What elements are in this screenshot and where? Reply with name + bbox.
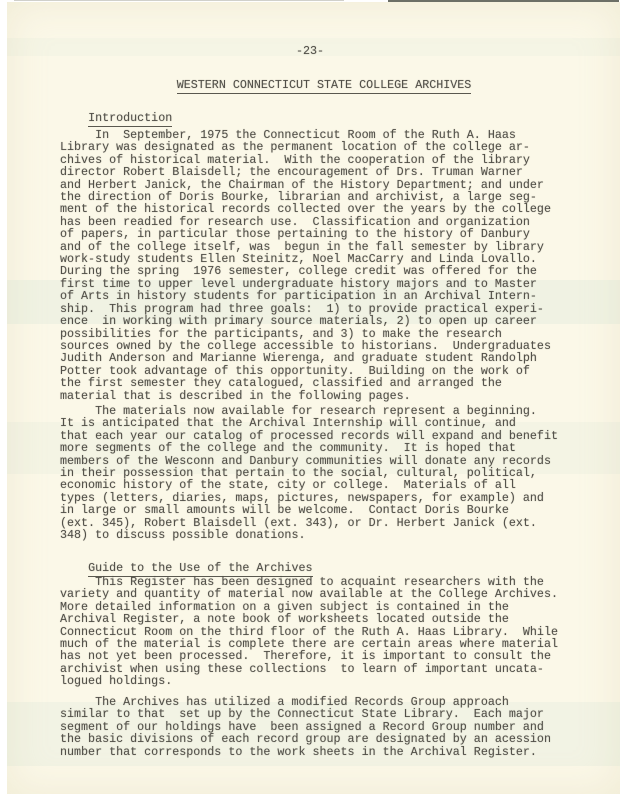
section-heading-introduction: Introduction [88,111,172,127]
paragraph-introduction-1: In September, 1975 the Connecticut Room … [60,129,551,402]
scan-artifact-top-edge [388,0,619,2]
page-number: -23- [0,45,620,57]
document-title: WESTERN CONNECTICUT STATE COLLEGE ARCHIV… [177,78,472,94]
paragraph-guide-1: This Register has been designed to acqua… [60,576,558,688]
scan-artifact-top-edge-faint [14,0,344,1]
paragraph-guide-2: The Archives has utilized a modified Rec… [60,696,551,758]
document-title-row: WESTERN CONNECTICUT STATE COLLEGE ARCHIV… [0,67,620,104]
paragraph-introduction-2: The materials now available for research… [60,405,558,541]
scanned-document-page: -23- WESTERN CONNECTICUT STATE COLLEGE A… [0,0,620,798]
